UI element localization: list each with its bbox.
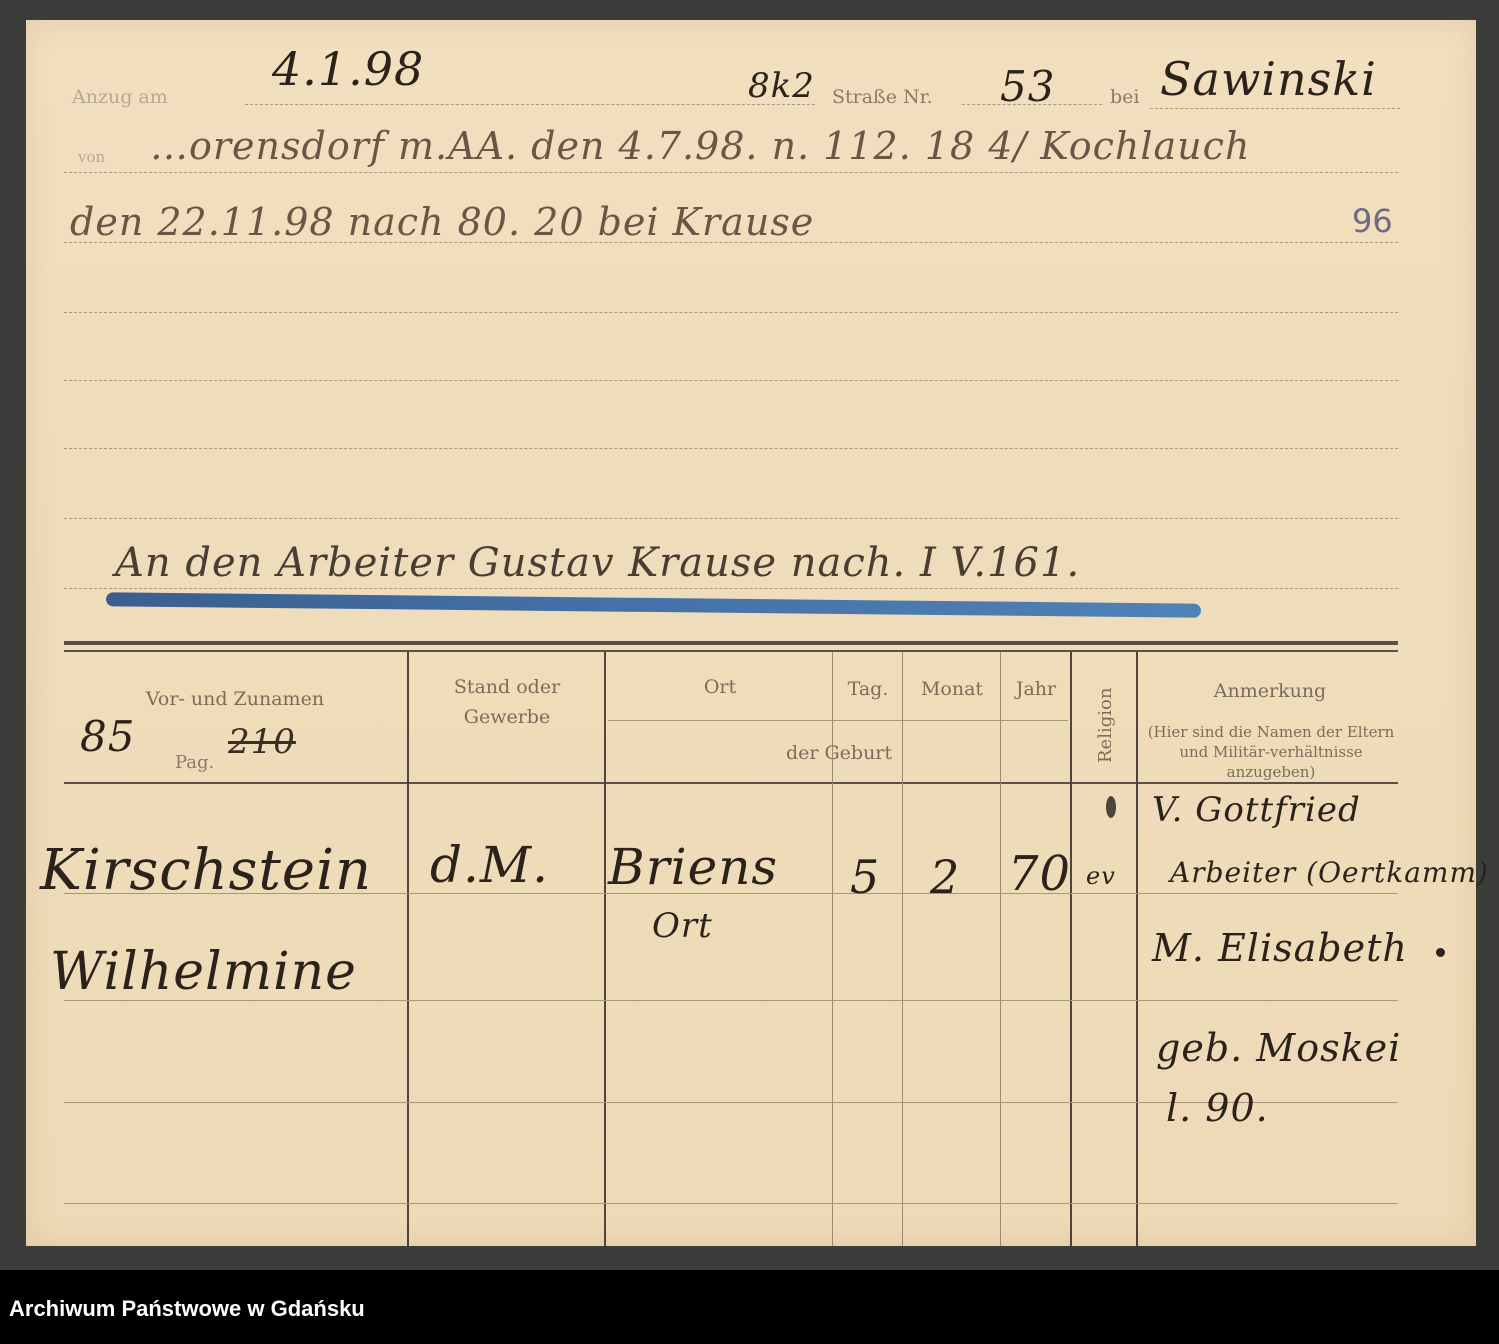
row-given-name: Wilhelmine (50, 942, 357, 1002)
rule-with (1150, 108, 1400, 109)
street-name: 8k2 (748, 66, 815, 106)
lodging-with-name: Sawinski (1160, 52, 1377, 106)
table-top-rule (64, 641, 1398, 645)
header-page-struck: 210 (228, 722, 296, 762)
label-with: bei (1110, 86, 1139, 108)
row-birth-place-sub: Ort (652, 906, 713, 946)
col-divider-occupation (604, 652, 606, 1246)
rule-line-2 (64, 172, 1398, 173)
page-number: 96 (1352, 202, 1393, 240)
table-header-top (64, 650, 1398, 652)
label-arrival: Anzug am (72, 86, 168, 108)
label-from: von (78, 148, 105, 166)
rule-line-6 (64, 448, 1398, 449)
row-remark-line-1: V. Gottfried (1152, 790, 1361, 830)
header-month: Monat (904, 674, 1000, 704)
ink-dot (1436, 948, 1445, 957)
rule-line-4 (64, 312, 1398, 313)
label-street: Straße Nr. (832, 86, 933, 108)
birth-subheader-rule (608, 720, 1068, 721)
rule-arrival (245, 104, 815, 105)
row-remark-line-5: l. 90. (1166, 1086, 1269, 1130)
row-occupation: d.M. (430, 836, 549, 894)
house-number: 53 (1000, 62, 1055, 111)
row-rule-4 (64, 1203, 1398, 1204)
rule-line-7 (64, 518, 1398, 519)
row-birth-year: 70 (1008, 846, 1071, 902)
rule-line-8 (64, 588, 1398, 589)
row-birth-place: Briens (608, 838, 778, 896)
col-divider-name (407, 652, 409, 1246)
col-divider-year (1070, 652, 1072, 1246)
ink-blot (1106, 796, 1116, 818)
row-surname: Kirschstein (40, 838, 372, 903)
table-header-bottom (64, 782, 1398, 784)
header-name: Vor- und Zunamen (70, 684, 400, 714)
header-remarks: Anmerkung (1140, 676, 1400, 706)
row-birth-day: 5 (850, 850, 880, 904)
archive-caption: Archiwum Państwowe w Gdańsku (9, 1296, 365, 1322)
note-line-2: den 22.11.98 nach 80. 20 bei Krause (70, 200, 814, 244)
arrival-date: 4.1.98 (272, 42, 424, 96)
header-day: Tag. (834, 674, 902, 704)
header-remarks-note: (Hier sind die Namen der Eltern und Mili… (1146, 722, 1396, 782)
rule-line-5 (64, 380, 1398, 381)
note-line-1: …orensdorf m.AA. den 4.7.98. n. 112. 18 … (150, 124, 1250, 168)
header-place: Ort (610, 672, 830, 702)
header-year: Jahr (1002, 674, 1070, 704)
col-divider-religion (1136, 652, 1138, 1246)
header-page-label: Pag. (175, 752, 214, 773)
header-birth-group: der Geburt (610, 738, 1068, 768)
row-remark-line-3: M. Elisabeth (1152, 926, 1408, 970)
row-remark-line-2: Arbeiter (Oertkamm) (1170, 856, 1489, 889)
header-page-handwritten: 85 (80, 712, 135, 761)
header-occupation: Stand oder Gewerbe (412, 672, 602, 732)
row-remark-line-4: geb. Moskei (1156, 1026, 1401, 1070)
header-religion: Religion (1095, 670, 1121, 780)
row-birth-month: 2 (930, 850, 960, 904)
transfer-note: An den Arbeiter Gustav Krause nach. I V.… (115, 540, 1080, 586)
row-religion: ev (1086, 862, 1116, 890)
